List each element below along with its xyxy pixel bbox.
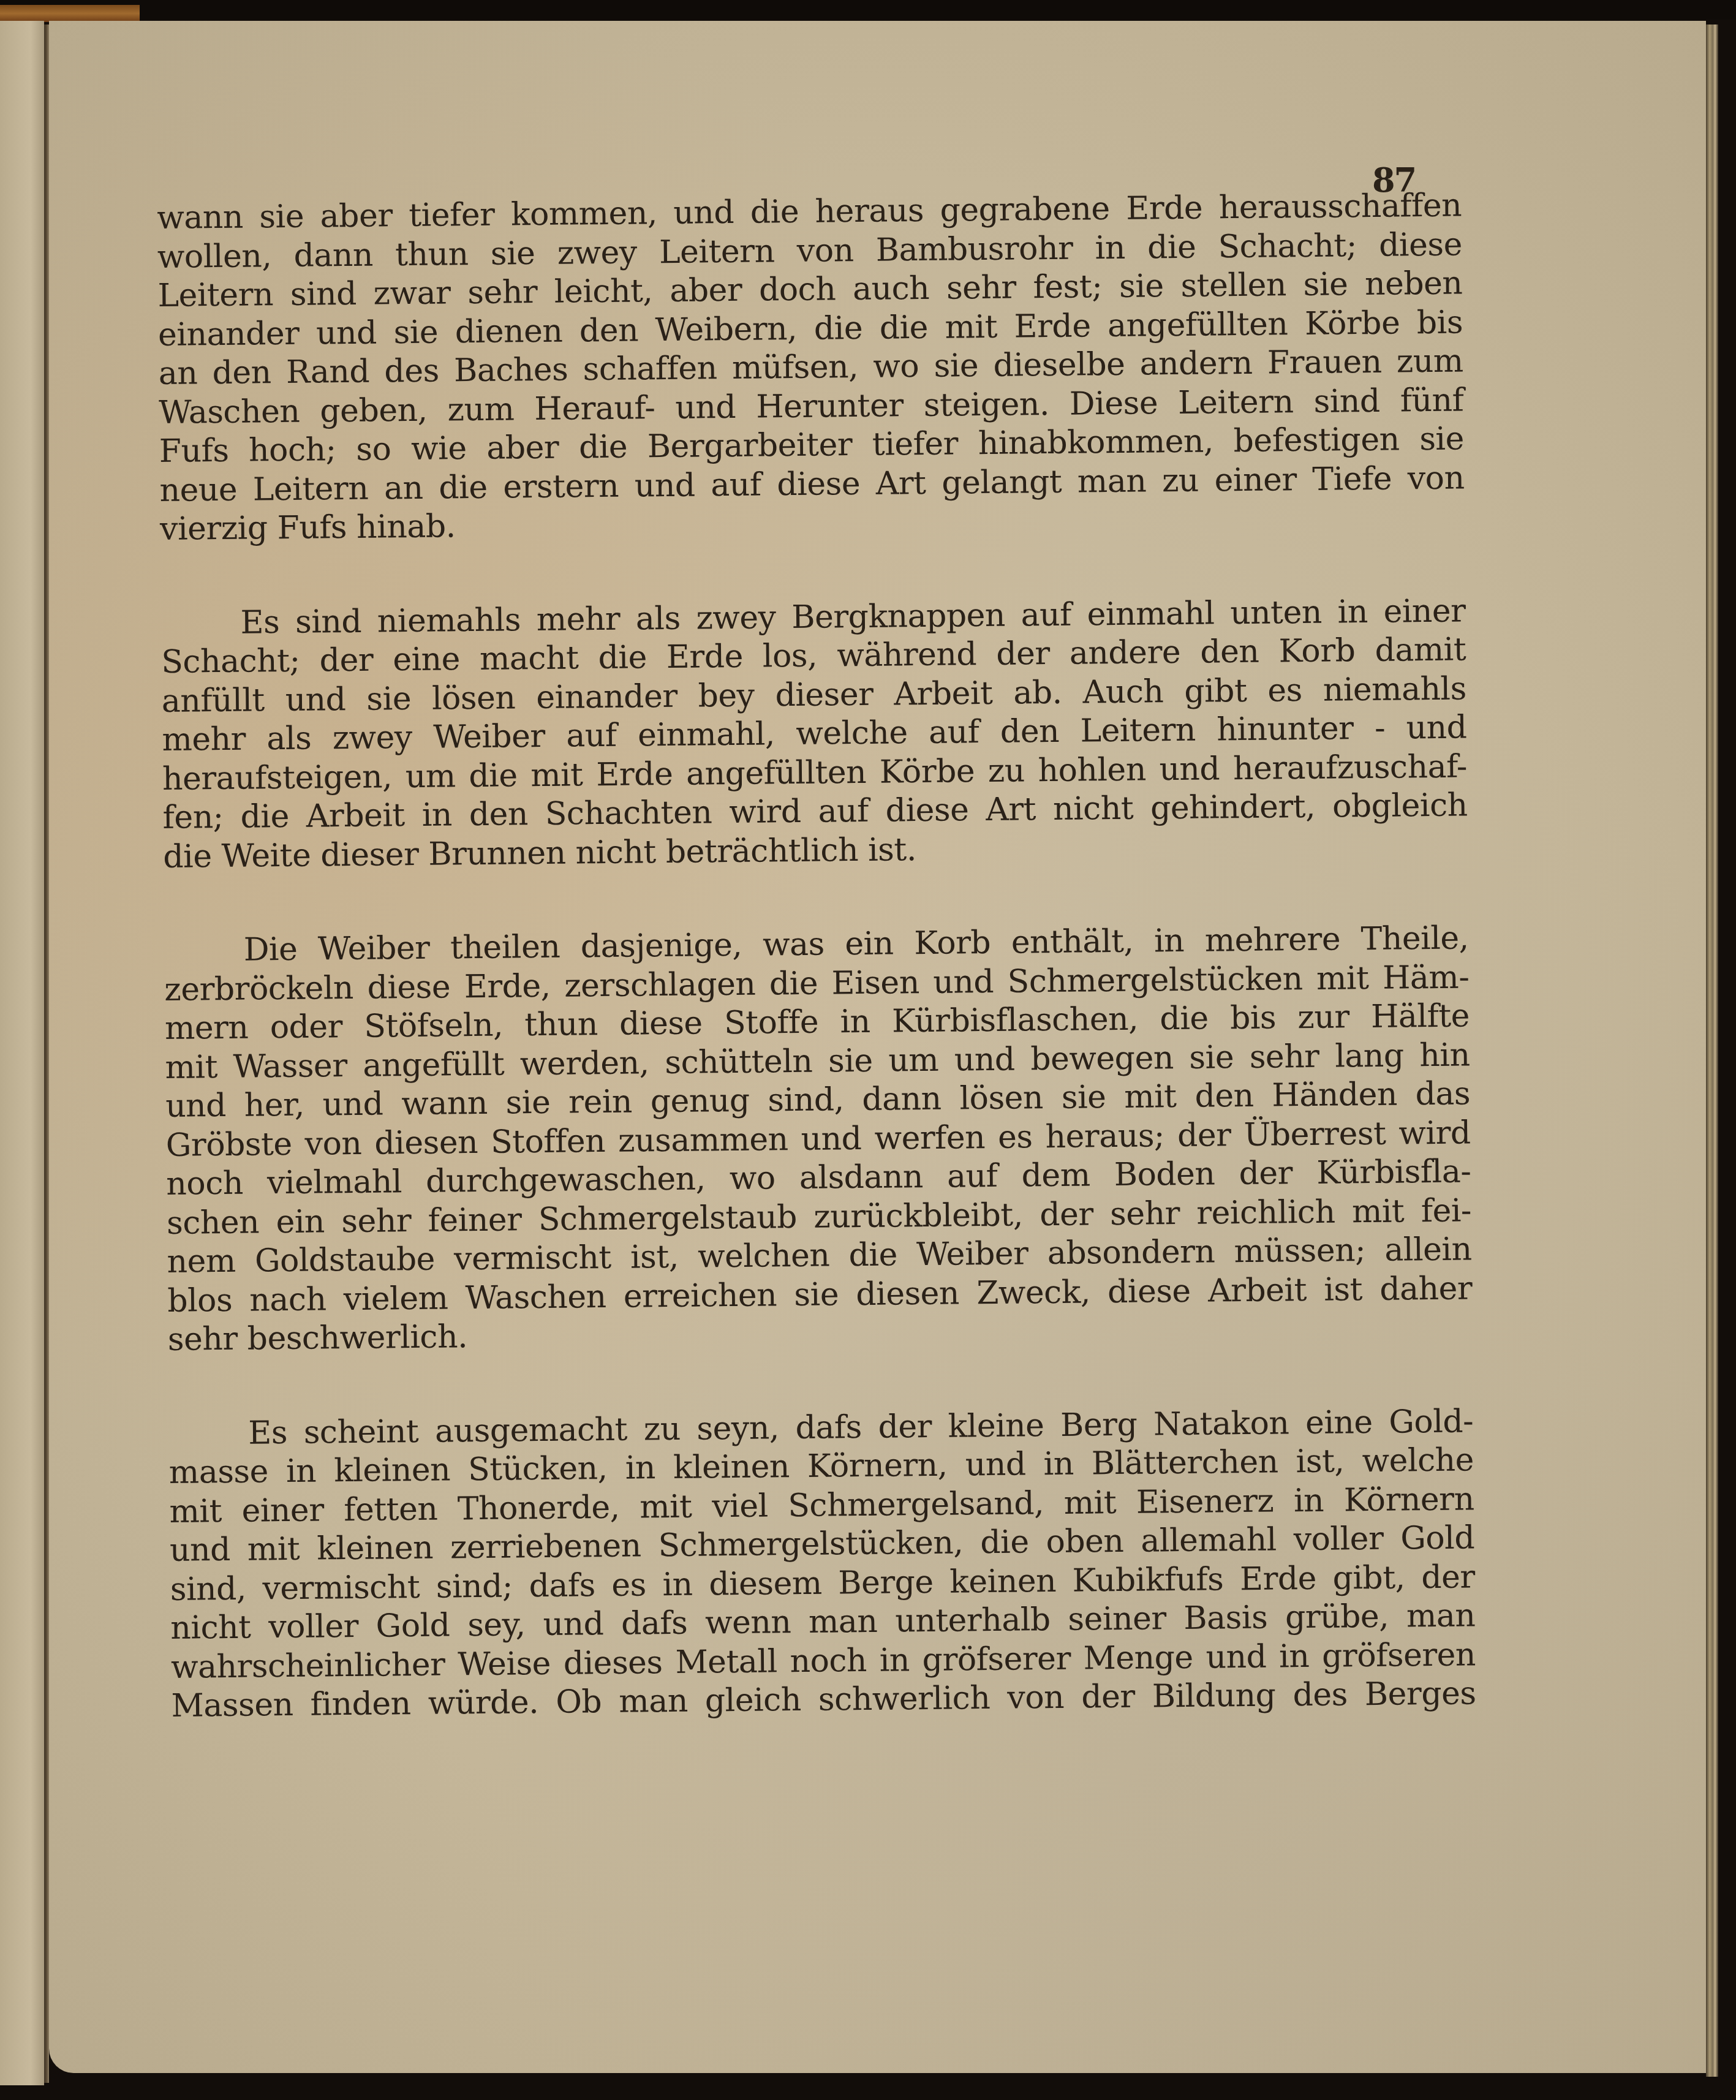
page-stack-edge (1706, 25, 1718, 2077)
page-body-text: wann sie aber tiefer kommen, und die her… (157, 187, 1476, 1726)
paragraph-2: Es sind niemahls mehr als zwey Bergknapp… (160, 592, 1468, 877)
book-binding-edge (0, 5, 140, 22)
paragraph-1: wann sie aber tiefer kommen, und die her… (157, 187, 1465, 550)
paragraph-4: Es scheint ausgemacht zu seyn, dafs der … (168, 1402, 1476, 1726)
facing-page-edge (0, 21, 44, 2085)
book-gutter (44, 25, 49, 2083)
scan-top-background (0, 0, 1736, 20)
paragraph-3: Die Weiber theilen dasjenige, was ein Ko… (164, 919, 1473, 1359)
